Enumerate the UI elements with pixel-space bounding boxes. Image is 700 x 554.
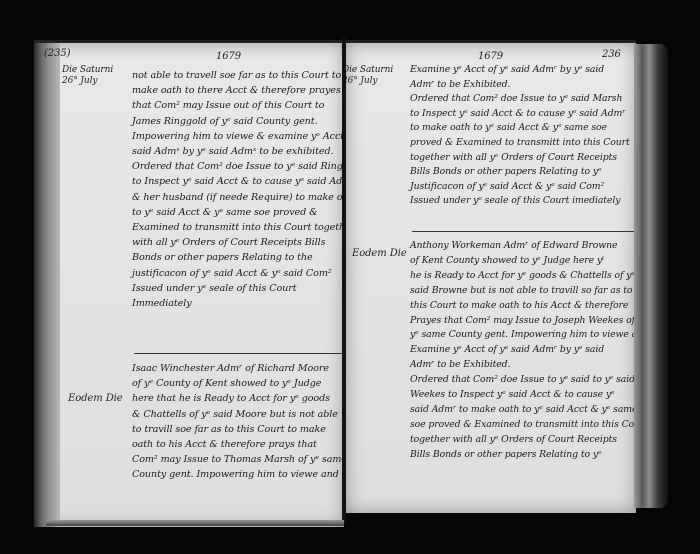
text-line: he is Ready to Acct for yᵉ goods & Chatt… — [410, 269, 636, 284]
document-viewer: (235) 1679 Die Saturni 26° July Eodem Di… — [0, 0, 700, 554]
text-line: Issued under yᵉ seale of this Court imed… — [410, 194, 630, 209]
text-line: not able to travell soe far as to this C… — [132, 68, 344, 83]
left-entry-1: not able to travell soe far as to this C… — [132, 68, 344, 311]
text-line: Prayes that Com² may Issue to Joseph Wee… — [410, 314, 636, 329]
right-entry-2: Anthony Workeman Admʳ of Edward Browne o… — [410, 239, 636, 463]
right-folio-number: 236 — [602, 47, 621, 62]
text-line: that Com² may Issue out of this Court to — [132, 98, 344, 113]
right-entry-1: Examine yᵉ Acct of yᵉ said Admʳ by yᵉ sa… — [410, 63, 630, 209]
text-line: to Inspect yᵉ said Acct & to cause yᵉ sa… — [132, 174, 344, 189]
text-line: Impowering him to viewe & examine yᵉ Acc… — [132, 129, 344, 144]
text-line: said Admˣ by yᵉ said Admˣ to be exhibite… — [132, 144, 344, 159]
text-line: Com² may Issue to Thomas Marsh of yᵉ sam… — [132, 452, 344, 467]
text-line: Bills Bonds or other papers Relating to … — [410, 448, 636, 463]
left-page-year: 1679 — [216, 49, 241, 64]
text-line: said Admʳ to make oath to yᵉ said Acct &… — [410, 403, 636, 418]
right-margin-note-date: Die Saturni 26° July — [346, 65, 393, 87]
right-page-year: 1679 — [478, 49, 503, 64]
text-line: Admʳ to be Exhibited. — [410, 78, 630, 93]
text-line: Ordered that Com² doe Issue to yᵉ said R… — [132, 159, 344, 174]
text-line: proved & Examined to transmitt into this… — [410, 136, 630, 151]
left-margin-note-eodem: Eodem Die — [68, 393, 123, 404]
book-fore-edge — [634, 44, 668, 508]
text-line: together with all yᵉ Orders of Court Rec… — [410, 151, 630, 166]
text-line: Justificacon of yᵉ said Acct & yᵉ said C… — [410, 180, 630, 195]
text-line: oath to his Acct & therefore prays that — [132, 437, 344, 452]
text-line: to yᵉ said Acct & yᵉ same soe proved & — [132, 205, 344, 220]
text-line: to make oath to yᵉ said Acct & yᵉ same s… — [410, 121, 630, 136]
text-line: Issued under yᵉ seale of this Court — [132, 281, 344, 296]
text-line: Examine yᵉ Acct of yᵉ said Admʳ by yᵉ sa… — [410, 343, 636, 358]
left-folio-number: (235) — [44, 46, 70, 61]
text-line: Immediately — [132, 296, 344, 311]
text-line: Weekes to Inspect yᵉ said Acct & to caus… — [410, 388, 636, 403]
text-line: this Court to make oath to his Acct & th… — [410, 299, 636, 314]
text-line: Bonds or other papers Relating to the — [132, 250, 344, 265]
right-page: 1679 236 Die Saturni 26° July Eodem Die … — [346, 40, 636, 513]
text-line: Examined to transmitt into this Court to… — [132, 220, 344, 235]
text-line: to travill soe far as to this Court to m… — [132, 422, 344, 437]
left-page: (235) 1679 Die Saturni 26° July Eodem Di… — [34, 40, 344, 527]
text-line: together with all yᵉ Orders of Court Rec… — [410, 433, 636, 448]
entry-divider-rule — [134, 353, 342, 354]
text-line: soe proved & Examined to transmitt into … — [410, 418, 636, 433]
text-line: of Kent County showed to yᵉ Judge here y… — [410, 254, 636, 269]
text-line: make oath to there Acct & therefore pray… — [132, 83, 344, 98]
ledger-book: (235) 1679 Die Saturni 26° July Eodem Di… — [20, 30, 672, 528]
text-line: justificacon of yᵉ said Acct & yᵉ said C… — [132, 266, 344, 281]
text-line: to Inspect yᵉ said Acct & to cause yᵉ sa… — [410, 107, 630, 122]
right-margin-note-eodem: Eodem Die — [352, 248, 407, 259]
text-line: Bills Bonds or other papers Relating to … — [410, 165, 630, 180]
text-line: yᵉ same County gent. Impowering him to v… — [410, 328, 636, 343]
entry-divider-rule — [412, 231, 634, 232]
text-line: Isaac Winchester Admʳ of Richard Moore — [132, 361, 344, 376]
text-line: Anthony Workeman Admʳ of Edward Browne — [410, 239, 636, 254]
text-line: County gent. Impowering him to viewe and — [132, 467, 344, 482]
book-bottom-edge — [46, 520, 344, 526]
left-margin-note-date: Die Saturni 26° July — [62, 65, 113, 87]
text-line: & her husband (if neede Require) to make… — [132, 190, 344, 205]
text-line: & Chattells of yᵉ said Moore but is not … — [132, 407, 344, 422]
text-line: Admʳ to be Exhibited. — [410, 358, 636, 373]
text-line: with all yᵉ Orders of Court Receipts Bil… — [132, 235, 344, 250]
left-entry-2: Isaac Winchester Admʳ of Richard Moore o… — [132, 361, 344, 483]
text-line: Ordered that Com² doe Issue to yᵉ said M… — [410, 92, 630, 107]
text-line: James Ringgold of yᵉ said County gent. — [132, 114, 344, 129]
text-line: Ordered that Com² doe Issue to yᵉ said t… — [410, 373, 636, 388]
text-line: of yᵉ County of Kent showed to yᵉ Judge — [132, 376, 344, 391]
text-line: Examine yᵉ Acct of yᵉ said Admʳ by yᵉ sa… — [410, 63, 630, 78]
text-line: said Browne but is not able to travill s… — [410, 284, 636, 299]
text-line: here that he is Ready to Acct for yᵉ goo… — [132, 391, 344, 406]
